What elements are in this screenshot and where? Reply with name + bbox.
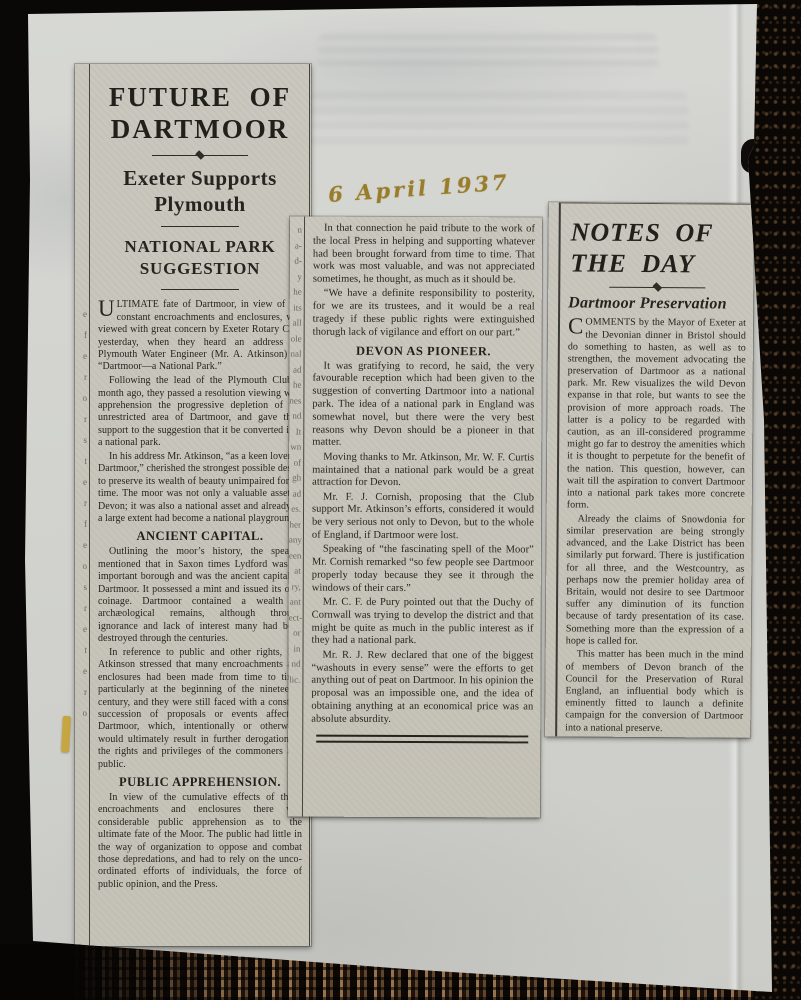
subheadline: Dartmoor Preservation xyxy=(568,294,746,315)
paragraph: Outlining the moor’s history, the speake… xyxy=(98,546,302,645)
paragraph-text: OMMENTS by the Mayor of Exeter at the De… xyxy=(567,317,746,511)
section-heading: PUBLIC APPREHENSION. xyxy=(98,775,302,790)
clipping-future-of-dartmoor: e f e r o r s t e r f e o s r e t e r o … xyxy=(75,64,311,946)
paragraph: Moving thanks to Mr. Atkinson, Mr. W. F.… xyxy=(312,451,534,490)
section-heading: ANCIENT CAPITAL. xyxy=(98,529,302,544)
clipping-notes-of-the-day: NOTES OF THE DAY Dartmoor Preservation C… xyxy=(545,202,754,737)
divider-line xyxy=(161,226,239,227)
album-page: 6 April 1937 e f e r o r s t e r f e o s… xyxy=(0,0,801,1000)
headline: FUTURE OF DARTMOOR xyxy=(98,82,302,146)
diamond-ornament-icon xyxy=(652,283,662,293)
clipping-devon-as-pioneer: n a- d- y he its all ole nal ad he nes n… xyxy=(288,217,542,818)
diamond-ornament-icon xyxy=(195,150,205,160)
ink-bleedthrough xyxy=(318,34,658,74)
paragraph: ULTIMATE fate of Dartmoor, in view of th… xyxy=(98,299,302,373)
end-rule xyxy=(316,735,528,743)
section-heading: DEVON AS PIONEER. xyxy=(313,343,535,359)
paragraph: In reference to public and other rights,… xyxy=(98,647,302,771)
paragraph: “We have a definite responsibility to po… xyxy=(313,288,535,340)
paragraph: Mr. R. J. Rew declared that one of the b… xyxy=(311,649,533,727)
paragraph: This matter has been much in the mind of… xyxy=(565,649,744,736)
divider-ornament xyxy=(609,287,705,289)
paragraph: Speaking of “the fascinating spell of th… xyxy=(312,544,534,596)
subheadline: Exeter Supports Plymouth xyxy=(98,165,302,218)
paragraph: It was gratifying to record, he said, th… xyxy=(312,360,534,450)
paragraph-text: LTIMATE fate of Dartmoor, in view of the… xyxy=(98,299,302,372)
drop-cap: U xyxy=(98,299,117,318)
paragraph: Following the lead of the Plymouth Club … xyxy=(98,375,302,449)
paragraph: Already the claims of Snowdonia for simi… xyxy=(566,513,745,648)
ink-bleedthrough xyxy=(288,92,688,148)
handwritten-date: 6 April 1937 xyxy=(327,166,558,207)
paragraph: In his address Mr. Atkinson, “as a keen … xyxy=(98,451,302,525)
adjacent-column-fragment: e f e r o r s t e r f e o s r e t e r o xyxy=(75,64,89,946)
paragraph: Mr. F. J. Cornish, proposing that the Cl… xyxy=(312,491,534,543)
divider-line xyxy=(161,289,239,290)
clipping-column: NOTES OF THE DAY Dartmoor Preservation C… xyxy=(555,202,754,737)
clipping-column: In that connection he paid tribute to th… xyxy=(302,217,542,818)
paragraph: In that connection he paid tribute to th… xyxy=(313,223,535,288)
drop-cap: C xyxy=(568,317,586,336)
paragraph: In view of the cumulative effects of tho… xyxy=(98,792,302,891)
headline: NOTES OF THE DAY xyxy=(570,217,745,280)
paragraph: COMMENTS by the Mayor of Exeter at the D… xyxy=(567,317,746,513)
kicker: NATIONAL PARK SUGGESTION xyxy=(98,236,302,280)
paragraph: Mr. C. F. de Pury pointed out that the D… xyxy=(312,597,534,649)
yellow-mark xyxy=(61,716,71,752)
clipping-column: FUTURE OF DARTMOOR Exeter Supports Plymo… xyxy=(89,64,310,946)
divider-ornament xyxy=(152,155,248,156)
